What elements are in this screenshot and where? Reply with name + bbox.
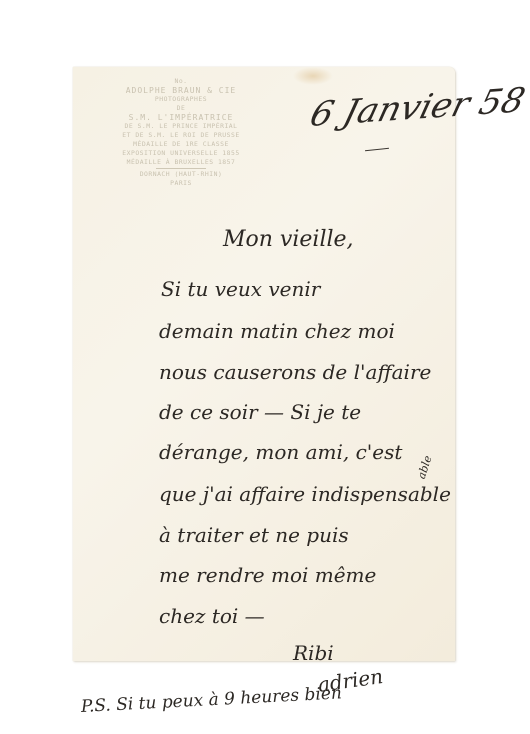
date-underline xyxy=(365,148,389,152)
body-line: à traiter et ne puis xyxy=(159,523,349,547)
letterhead-line: No. xyxy=(81,77,281,86)
letterhead: No. ADOLPHE BRAUN & CIE PHOTOGRAPHES DE … xyxy=(81,77,281,188)
letterhead-line: DE S.M. LE PRINCE IMPÉRIAL xyxy=(81,122,281,131)
letter-date: 6 Janvier 58 xyxy=(306,80,529,134)
body-line: me rendre moi même xyxy=(159,563,376,587)
body-line: chez toi — xyxy=(159,604,265,628)
letterhead-line: ADOLPHE BRAUN & CIE xyxy=(81,86,281,95)
postscript: P.S. Si tu peux à 9 heures bien xyxy=(80,683,342,717)
body-line: dérange, mon ami, c'est xyxy=(159,440,402,464)
letterhead-line: EXPOSITION UNIVERSELLE 1855 xyxy=(81,149,281,158)
paper-stain xyxy=(293,67,333,85)
letterhead-line: ET DE S.M. LE ROI DE PRUSSE xyxy=(81,131,281,140)
body-line: nous causerons de l'affaire xyxy=(159,360,431,384)
letterhead-line: DORNACH (HAUT-RHIN) xyxy=(81,170,281,179)
margin-note: able xyxy=(415,454,435,481)
letterhead-line: DE xyxy=(81,104,281,113)
letterhead-line: S.M. L'IMPÉRATRICE xyxy=(81,113,281,122)
letterhead-line: MÉDAILLE À BRUXELLES 1857 xyxy=(81,158,281,167)
letterhead-rule xyxy=(156,168,206,169)
body-line: que j'ai affaire indispensable xyxy=(159,482,451,506)
letterhead-line: PHOTOGRAPHES xyxy=(81,95,281,104)
letterhead-line: MÉDAILLE DE 1RE CLASSE xyxy=(81,140,281,149)
body-line: de ce soir — Si je te xyxy=(159,400,361,424)
salutation: Mon vieille, xyxy=(223,227,354,252)
letter-paper: No. ADOLPHE BRAUN & CIE PHOTOGRAPHES DE … xyxy=(73,67,455,661)
letterhead-line: PARIS xyxy=(81,179,281,188)
body-line: Si tu veux venir xyxy=(161,277,320,301)
closing: Ribi xyxy=(293,641,334,665)
body-line: demain matin chez moi xyxy=(159,319,395,343)
